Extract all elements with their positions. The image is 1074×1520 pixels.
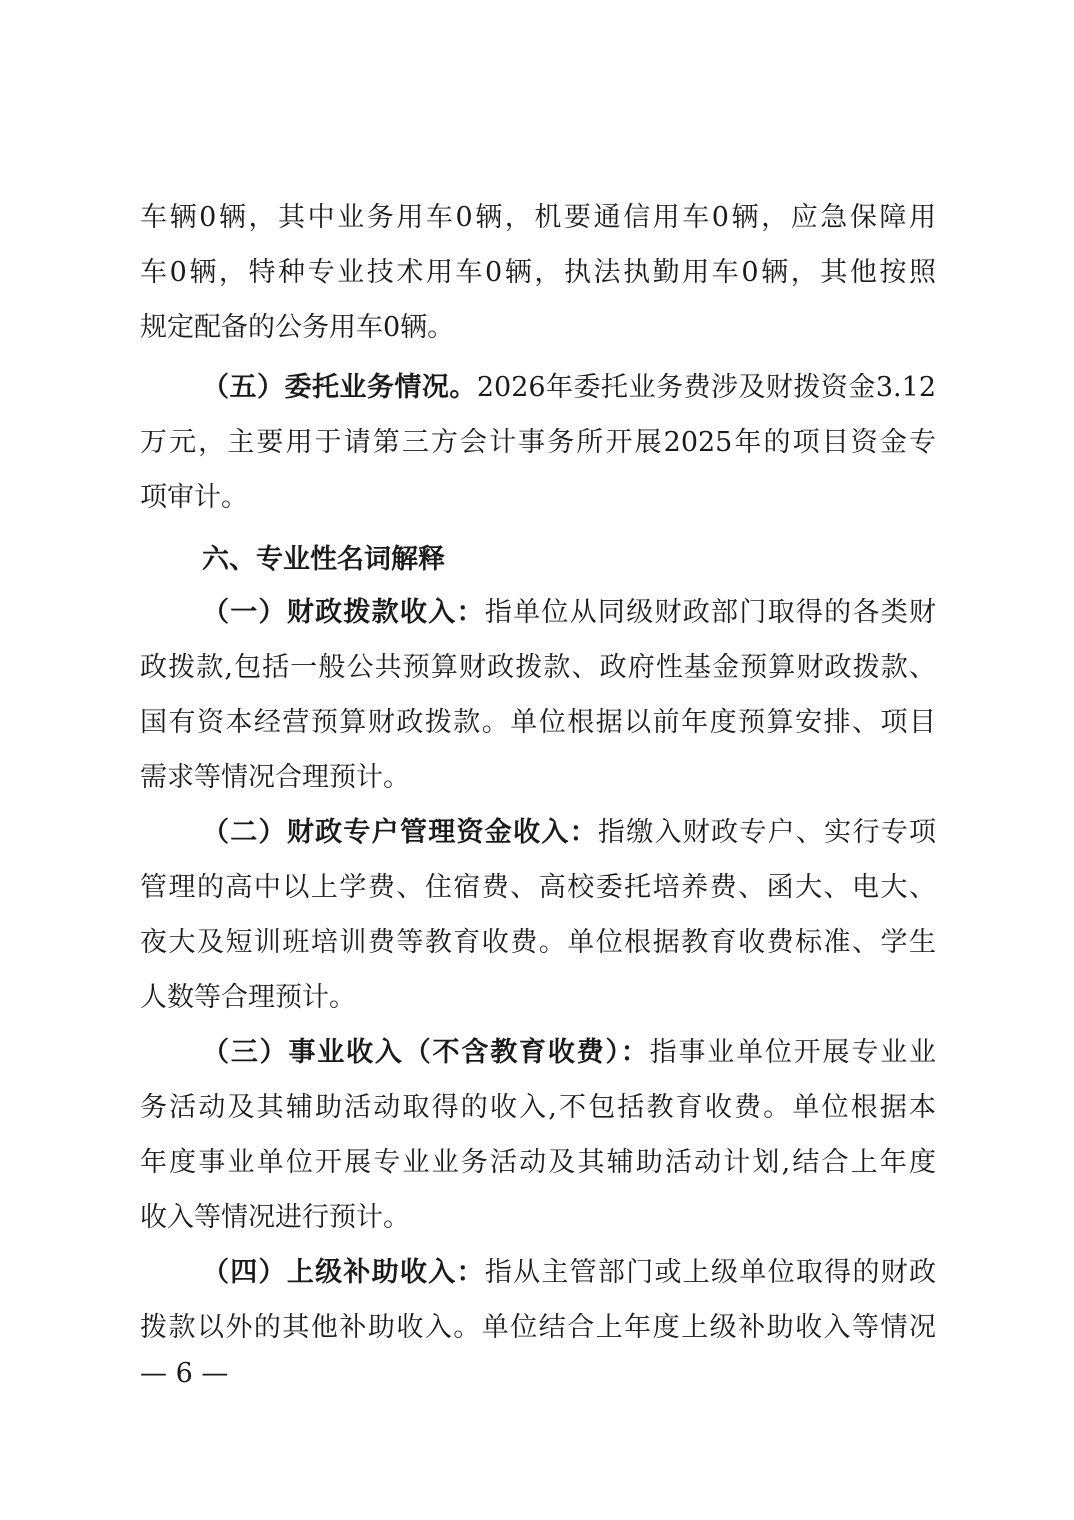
term-first-line: （三）事业收入（不含教育收费）：指事业单位开展专业业	[140, 1025, 936, 1080]
paragraph-line: 管理的高中以上学费、住宿费、高校委托培养费、函大、电大、	[140, 860, 936, 915]
paragraph-line: 万元，主要用于请第三方会计事务所开展2025年的项目资金专	[140, 415, 936, 470]
section-heading: 六、专业性名词解释	[140, 525, 936, 585]
term-first-line: （一）财政拨款收入：指单位从同级财政部门取得的各类财	[140, 585, 936, 640]
paragraph-line: 车0辆，特种专业技术用车0辆，执法执勤用车0辆，其他按照	[140, 245, 936, 300]
term-first-line: （四）上级补助收入：指从主管部门或上级单位取得的财政	[140, 1245, 936, 1300]
paragraph-line: 拨款以外的其他补助收入。单位结合上年度上级补助收入等情况	[140, 1300, 936, 1355]
term-lead: （三）事业收入（不含教育收费）：	[202, 1037, 650, 1068]
paragraph-line: 需求等情况合理预计。	[140, 750, 936, 805]
paragraph-line: 国有资本经营预算财政拨款。单位根据以前年度预算安排、项目	[140, 695, 936, 750]
paragraph-line: 人数等合理预计。	[140, 970, 936, 1025]
paragraph-line: 项审计。	[140, 470, 936, 525]
paragraph-line: 规定配备的公务用车0辆。	[140, 300, 936, 355]
page-number: — 6 —	[140, 1354, 228, 1394]
term-lead: （二）财政专户管理资金收入：	[202, 817, 598, 848]
paragraph-line: 年度事业单位开展专业业务活动及其辅助活动计划,结合上年度	[140, 1135, 936, 1190]
term-lead: （四）上级补助收入：	[202, 1257, 485, 1288]
section-five-first-line: （五）委托业务情况。2026年委托业务费涉及财拨资金3.12	[140, 360, 936, 415]
paragraph-line: 车辆0辆，其中业务用车0辆，机要通信用车0辆，应急保障用	[140, 190, 936, 245]
term-first-line: （二）财政专户管理资金收入：指缴入财政专户、实行专项	[140, 805, 936, 860]
term-lead: （一）财政拨款收入：	[202, 597, 485, 628]
section-five-lead: （五）委托业务情况。	[202, 372, 477, 403]
document-page: 车辆0辆，其中业务用车0辆，机要通信用车0辆，应急保障用 车0辆，特种专业技术用…	[140, 190, 936, 1355]
paragraph-line: 务活动及其辅助活动取得的收入,不包括教育收费。单位根据本	[140, 1080, 936, 1135]
paragraph-line: 夜大及短训班培训费等教育收费。单位根据教育收费标准、学生	[140, 915, 936, 970]
paragraph-line: 政拨款,包括一般公共预算财政拨款、政府性基金预算财政拨款、	[140, 640, 936, 695]
paragraph-line: 收入等情况进行预计。	[140, 1190, 936, 1245]
